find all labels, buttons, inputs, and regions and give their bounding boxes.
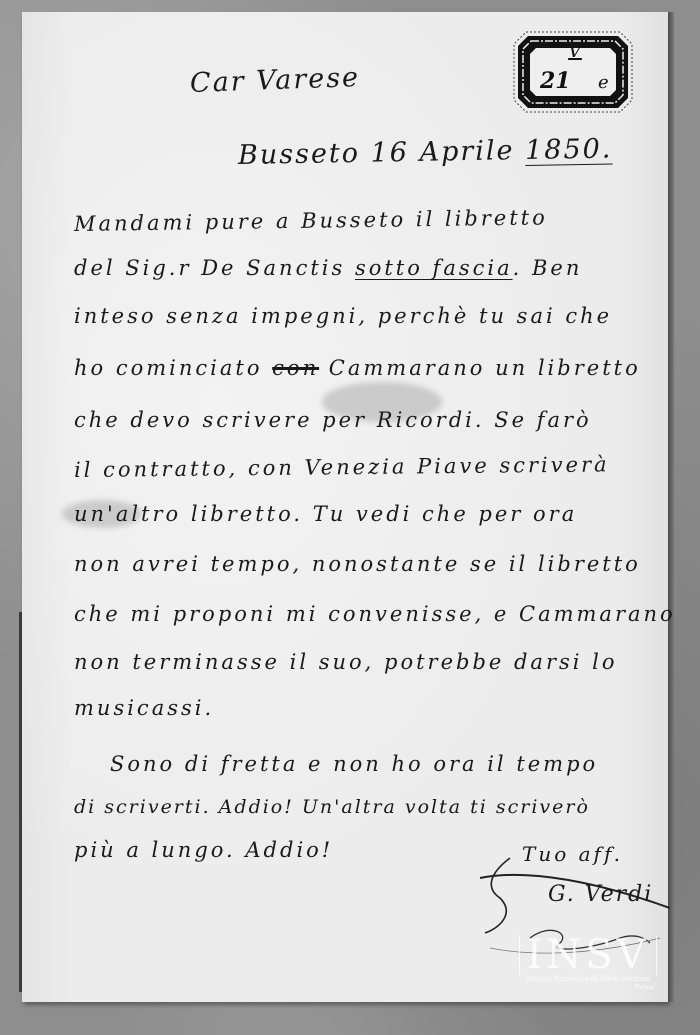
body-line-11: musicassi. <box>74 696 214 720</box>
text: non terminasse il suo, potrebbe darsi lo <box>74 650 618 674</box>
page-edge-shadow <box>19 612 22 992</box>
signature-name: G. Verdi <box>548 882 653 907</box>
label-number: 21 <box>540 68 571 94</box>
body-line-7: un'altro libretto. Tu vedi che per ora <box>74 502 577 526</box>
body-line-14: più a lungo. Addio! <box>74 838 333 862</box>
archive-label: V 21 e <box>512 30 634 114</box>
institution-watermark: INSV Istituto Nazionale di Studi Verdian… <box>508 935 668 997</box>
text: Mandami pure a Busseto il libretto <box>74 205 548 236</box>
closing: Tuo aff. <box>522 842 623 866</box>
text: . Ben <box>513 256 583 280</box>
place-date: Busseto 16 Aprile 1850. <box>238 133 613 171</box>
text: di scriverti. Addio! Un'altra volta ti s… <box>74 796 590 818</box>
month: Aprile <box>419 135 514 168</box>
body-line-8: non avrei tempo, nonostante se il libret… <box>74 552 641 576</box>
body-line-13: di scriverti. Addio! Un'altra volta ti s… <box>74 794 590 818</box>
text: il contratto, con Venezia Piave scriverà <box>74 452 610 482</box>
body-line-9: che mi proponi mi convenisse, e Cammaran… <box>74 602 676 626</box>
text: Cammarano un libretto <box>319 356 641 380</box>
text: non avrei tempo, nonostante se il libret… <box>74 552 641 576</box>
text: musicassi. <box>74 696 214 720</box>
body-line-6: il contratto, con Venezia Piave scriverà <box>74 452 610 482</box>
body-line-4: ho cominciato con Cammarano un libretto <box>74 356 641 380</box>
day: 16 <box>370 137 409 169</box>
text: che devo scrivere per Ricordi. Se farò <box>74 408 592 432</box>
watermark-institution: Istituto Nazionale di Studi Verdiani <box>508 975 668 984</box>
body-line-10: non terminasse il suo, potrebbe darsi lo <box>74 650 618 674</box>
body-line-1: Mandami pure a Busseto il libretto <box>74 205 548 236</box>
body-line-3: inteso senza impegni, perchè tu sai che <box>74 304 612 328</box>
text: più a lungo. Addio! <box>74 838 333 862</box>
watermark-logo: INSV <box>519 935 656 975</box>
text: che mi proponi mi convenisse, e Cammaran… <box>74 602 676 626</box>
salutation: Car Varese <box>189 62 360 99</box>
struck-text: con <box>272 356 319 380</box>
watermark-city: Parma <box>508 984 668 991</box>
place: Busseto <box>238 138 361 171</box>
letter-page: V 21 e Car Varese Busseto 16 Aprile 1850… <box>22 12 668 1002</box>
year: 1850. <box>525 133 613 166</box>
text: inteso senza impegni, perchè tu sai che <box>74 304 612 328</box>
label-subletter: e <box>598 72 609 93</box>
label-roman-numeral: V <box>560 40 590 62</box>
text: del Sig.r De Sanctis <box>74 256 355 280</box>
text: Sono di fretta e non ho ora il tempo <box>110 752 598 776</box>
body-line-5: che devo scrivere per Ricordi. Se farò <box>74 408 592 432</box>
body-line-12: Sono di fretta e non ho ora il tempo <box>110 752 598 776</box>
text: ho cominciato <box>74 356 272 380</box>
text: un'altro libretto. Tu vedi che per ora <box>74 502 577 526</box>
underlined-text: sotto fascia <box>355 256 513 280</box>
body-line-2: del Sig.r De Sanctis sotto fascia. Ben <box>74 256 582 280</box>
